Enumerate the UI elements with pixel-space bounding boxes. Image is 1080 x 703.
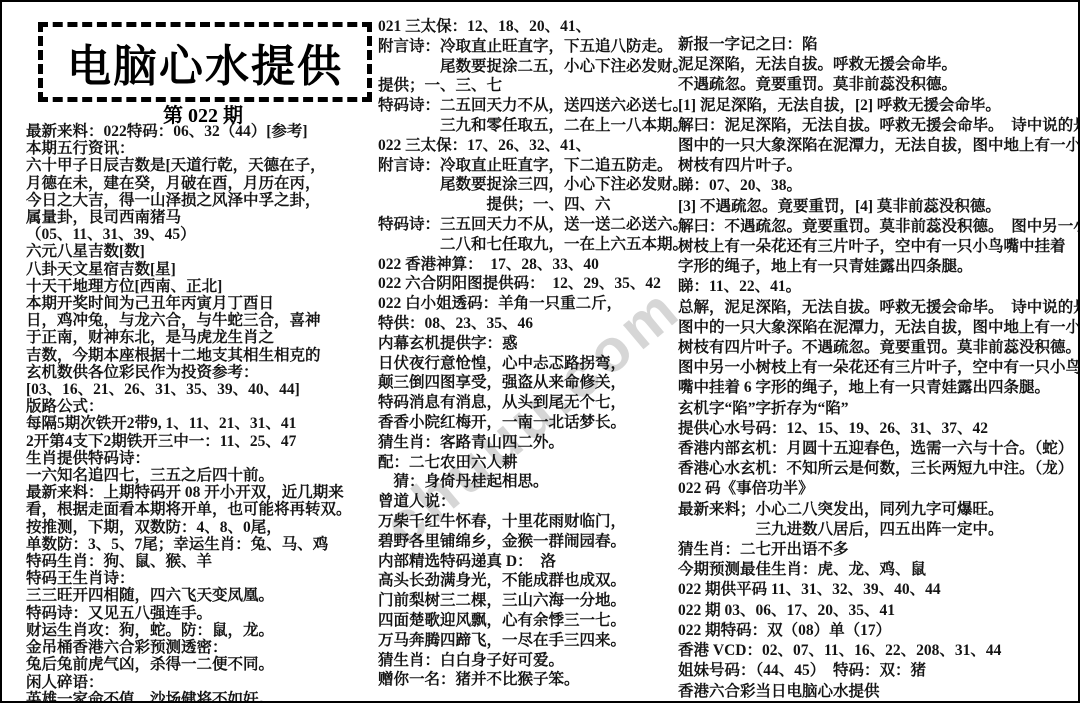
text-line: 提供；一、三、七 bbox=[378, 76, 676, 96]
text-line: 总解，泥足深陷，无法自拔。呼救无援会命毕。 诗中说的是 bbox=[678, 298, 1080, 318]
text-line: 新报一字记之曰：陷 bbox=[678, 35, 1080, 55]
text-line: 睇：07、20、38。 bbox=[678, 176, 1080, 196]
text-line: 月德在未，建在癸，月破在酉，月历在丙， bbox=[26, 175, 378, 192]
text-line: 香港六合彩当日电脑心水提供 bbox=[678, 682, 1080, 702]
text-line: 香港心水玄机：不知所云是何数，三长两短九中注。（龙） bbox=[678, 459, 1080, 479]
left-column: 最新来料：022特码：06、32（44）[参考]本期五行资讯：六十甲子日辰吉数是… bbox=[26, 123, 378, 703]
text-line: 玄机字“陷”字折存为“陷” bbox=[678, 399, 1080, 419]
right-column: 新报一字记之曰：陷泥足深陷，无法自拔。呼救无援会命毕。不遇疏忽。竟要重罚。莫非前… bbox=[678, 35, 1080, 702]
text-line: 特码诗：三五回天力不从，送一送二必送六。 bbox=[378, 215, 676, 235]
lottery-tip-sheet: 电脑心水提供 第 022 期 chuuu.com 最新来料：022特码：06、3… bbox=[0, 0, 1080, 703]
text-line: 万马奔腾四蹄飞，一尽在手三四来。 bbox=[378, 631, 676, 651]
text-line: 三九和零任取五，二在上一八本期。 bbox=[378, 116, 676, 136]
text-line: 022 白小姐透码：羊角一只重二斤， bbox=[378, 294, 676, 314]
text-line: 022 香港神算： 17、28、33、40 bbox=[378, 255, 676, 275]
text-line: 提供；一、四、六 bbox=[378, 195, 676, 215]
text-line: 附言诗：冷取直止旺直字，下五追八防走。 bbox=[378, 37, 676, 57]
text-line: 三九进数八居后，四五出阵一定中。 bbox=[678, 520, 1080, 540]
text-line: （05、11、31、39、45） bbox=[26, 226, 378, 243]
text-line: 睇：11、22、41。 bbox=[678, 277, 1080, 297]
text-line: 万柴千红牛怀春，十里花雨财临门， bbox=[378, 512, 676, 532]
text-line: 2开第4支下2期铁开三中一：11、25、47 bbox=[26, 433, 378, 450]
text-line: 022 期特码：双（08）单（17） bbox=[678, 621, 1080, 641]
title-box: 电脑心水提供 bbox=[38, 22, 372, 102]
text-line: 不遇疏忽。竟要重罚。莫非前蕊没积德。 bbox=[678, 75, 1080, 95]
text-line: 财运生肖攻：狗，蛇。防：鼠，龙。 bbox=[26, 622, 378, 639]
text-line: 本期开奖时间为己丑年丙寅月丁酉日 bbox=[26, 295, 378, 312]
text-line: 022 期供平码 11、31、32、39、40、44 bbox=[678, 580, 1080, 600]
text-line: 特供：08、23、35、46 bbox=[378, 314, 676, 334]
text-line: 香香小院红梅开，一南一北话梦长。 bbox=[378, 413, 676, 433]
text-line: 内幕玄机提供字：惑 bbox=[378, 334, 676, 354]
text-line: 图中的一只大象深陷在泥潭力，无法自拔，图中地上有一小 bbox=[678, 136, 1080, 156]
text-line: 泥足深陷，无法自拔。呼救无援会命毕。 bbox=[678, 55, 1080, 75]
text-line: 于正南，财神东北，是马虎龙生肖之 bbox=[26, 329, 378, 346]
text-line: 六十甲子日辰吉数是[天道行乾，天德在子， bbox=[26, 157, 378, 174]
text-line: 十天干地理方位[西南、正北] bbox=[26, 278, 378, 295]
text-line: 尾数要捉涂三四，小心下注必发财。 bbox=[378, 175, 676, 195]
text-line: 猜生肖：客路青山四二外。 bbox=[378, 433, 676, 453]
text-line: 内部精选特码递真 D： 洛 bbox=[378, 552, 676, 572]
text-line: 碧野各里铺绵乡，金猴一群闹园春。 bbox=[378, 532, 676, 552]
text-line: 最新来料：上期特码开 08 开小开双，近几期来 bbox=[26, 484, 378, 501]
text-line: 单数防：3、5、7尾；幸运生肖：兔、马、鸡 bbox=[26, 536, 378, 553]
text-line: 看，根据走面看本期将开单，也可能将再转双。 bbox=[26, 501, 378, 518]
text-line: 高头长劲满身光，不能成群也成双。 bbox=[378, 571, 676, 591]
text-line: 解曰：不遇疏忽。竟要重罚。莫非前蕊没积德。 图中另一小 bbox=[678, 217, 1080, 237]
text-line: 四面楚歌迎风飘，心有余悸三一七。 bbox=[378, 611, 676, 631]
text-line: 颠三倒四图享受，强盗从来命修关， bbox=[378, 373, 676, 393]
text-line: 属量卦，艮司西南猪马 bbox=[26, 209, 378, 226]
text-line: 每隔5期次铁开2带9, 1、11、21、31、41 bbox=[26, 415, 378, 432]
text-line: 猜生肖：二七开出语不多 bbox=[678, 540, 1080, 560]
text-line: 八卦天文星宿吉数[星] bbox=[26, 261, 378, 278]
text-line: [3] 不遇疏忽。竟要重罚，[4] 莫非前蕊没积德。 bbox=[678, 197, 1080, 217]
text-line: 赠你一名：猪并不比猴子笨。 bbox=[378, 670, 676, 690]
text-line: 按推测，下期，双数防：4、8、0尾， bbox=[26, 519, 378, 536]
text-line: 嘴中挂着 6 字形的绳子，地上有一只青娃露出四条腿。 bbox=[678, 378, 1080, 398]
text-line: 特码生肖：狗、鼠、猴、羊 bbox=[26, 553, 378, 570]
text-line: 猜：身倚丹桂起相思。 bbox=[378, 472, 676, 492]
text-line: 提供心水号码：12、15、19、26、31、37、42 bbox=[678, 419, 1080, 439]
text-line: 曾道人说： bbox=[378, 492, 676, 512]
text-line: 玄机数供各位彩民作为投资参考： bbox=[26, 364, 378, 381]
text-line: 三三旺开四相随，四六飞天变凤凰。 bbox=[26, 587, 378, 604]
text-line: 姐妹号码：（44、45） 特码：双：猪 bbox=[678, 661, 1080, 681]
text-line: 附言诗：冷取直止旺直字，下二追五防走。 bbox=[378, 156, 676, 176]
text-line: 日伏夜行意怆惶，心中忐忑路拐弯， bbox=[378, 354, 676, 374]
text-line: 一六知名追四七，三五之后四十前。 bbox=[26, 467, 378, 484]
text-line: 022 期 03、06、17、20、35、41 bbox=[678, 601, 1080, 621]
text-line: 闲人碎语： bbox=[26, 674, 378, 691]
text-line: 最新来料；小心二八突发出，同列九字可爆旺。 bbox=[678, 500, 1080, 520]
text-line: 英雄一家命不值，沙场健将不如奸。 bbox=[26, 691, 378, 703]
text-line: [03、16、21、26、31、35、39、40、44] bbox=[26, 381, 378, 398]
text-line: 香港内部玄机：月圆十五迎春色，选需一六与十合。（蛇） bbox=[678, 439, 1080, 459]
text-line: 特码诗：又见五八强连手。 bbox=[26, 605, 378, 622]
text-line: 树枝有四片叶子。不遇疏忽。竟要重罚。莫非前蕊没积德。 bbox=[678, 338, 1080, 358]
text-line: 图中的一只大象深陷在泥潭力，无法自拔，图中地上有一小 bbox=[678, 318, 1080, 338]
text-line: 今日之大吉，得一山泽损之风泽中孚之卦， bbox=[26, 192, 378, 209]
text-line: 配：二七农田六人耕 bbox=[378, 453, 676, 473]
text-line: 字形的绳子，地上有一只青娃露出四条腿。 bbox=[678, 257, 1080, 277]
text-line: 022 六合阴阳图提供码： 12、29、35、42 bbox=[378, 274, 676, 294]
text-line: 门前梨树三二棵，三山六海一分地。 bbox=[378, 591, 676, 611]
text-line: [1] 泥足深陷，无法自拔，[2] 呼救无援会命毕。 bbox=[678, 96, 1080, 116]
text-line: 树枝上有一朵花还有三片叶子，空中有一只小鸟嘴中挂着 6 bbox=[678, 237, 1080, 257]
text-line: 日，鸡冲兔，与龙六合，与牛蛇三合，喜神 bbox=[26, 312, 378, 329]
page-title: 电脑心水提供 bbox=[67, 30, 343, 94]
text-line: 金吊桶香港六合彩预测透密： bbox=[26, 639, 378, 656]
text-line: 本期五行资讯： bbox=[26, 140, 378, 157]
text-line: 解曰：泥足深陷，无法自拔。呼救无援会命毕。 诗中说的是 bbox=[678, 116, 1080, 136]
text-line: 吉数，今期本座根据十二地支其相生相克的 bbox=[26, 347, 378, 364]
text-line: 图中另一小树枝上有一朵花还有三片叶子，空中有一只小鸟 bbox=[678, 358, 1080, 378]
middle-column: 021 三太保：12、18、20、41、附言诗：冷取直止旺直字，下五追八防走。 … bbox=[378, 17, 676, 690]
text-line: 生肖提供特码诗： bbox=[26, 450, 378, 467]
text-line: 特码消息有消息，从头到尾无个七， bbox=[378, 393, 676, 413]
text-line: 022 码《事倍功半》 bbox=[678, 479, 1080, 499]
text-line: 二八和七任取九，一在上六五本期。 bbox=[378, 235, 676, 255]
text-line: 香港 VCD：02、07、11、16、22、208、31、44 bbox=[678, 641, 1080, 661]
text-line: 021 三太保：12、18、20、41、 bbox=[378, 17, 676, 37]
text-line: 六元八星吉数[数] bbox=[26, 243, 378, 260]
text-line: 特码王生肖诗： bbox=[26, 570, 378, 587]
text-line: 版路公式： bbox=[26, 398, 378, 415]
text-line: 兔后兔前虎气凶，杀得一二便不同。 bbox=[26, 656, 378, 673]
text-line: 022 三太保：17、26、32、41、 bbox=[378, 136, 676, 156]
text-line: 今期预测最佳生肖：虎、龙、鸡、鼠 bbox=[678, 560, 1080, 580]
text-line: 最新来料：022特码：06、32（44）[参考] bbox=[26, 123, 378, 140]
text-line: 尾数要捉涂二五，小心下注必发财。 bbox=[378, 57, 676, 77]
text-line: 猜生肖：白白身子好可爱。 bbox=[378, 651, 676, 671]
text-line: 特码诗：二五回天力不从，送四送六必送七。 bbox=[378, 96, 676, 116]
text-line: 树枝有四片叶子。 bbox=[678, 156, 1080, 176]
